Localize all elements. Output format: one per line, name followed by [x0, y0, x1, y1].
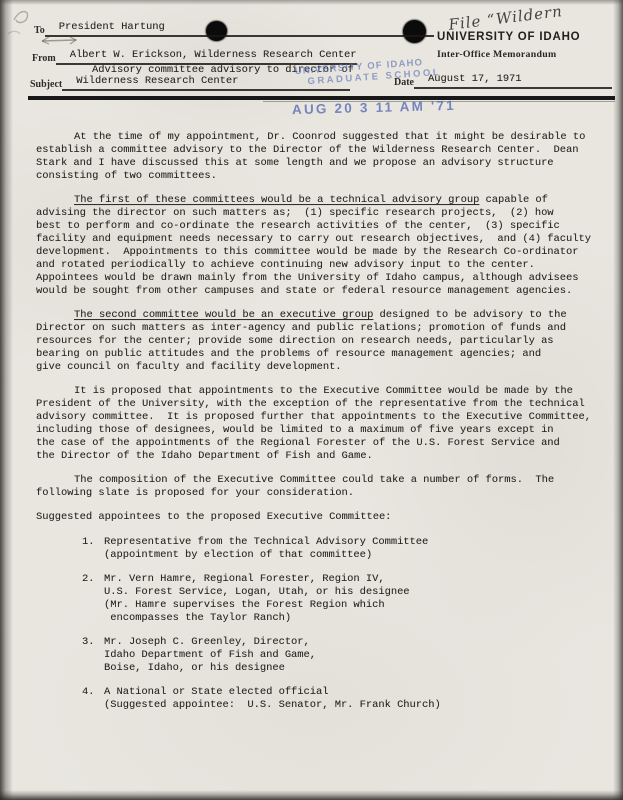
list-item-text: Representative from the Technical Adviso… — [104, 536, 615, 562]
org-name: UNIVERSITY OF IDAHO — [437, 31, 580, 43]
paragraph-text: At the time of my appointment, Dr. Coonr… — [36, 131, 585, 182]
paragraph-underline: The first of these committees would be a… — [74, 194, 479, 206]
scan-edge-left — [0, 0, 13, 800]
paragraph-text: The composition of the Executive Committ… — [36, 474, 554, 499]
list-item: 1. Representative from the Technical Adv… — [82, 536, 615, 562]
paragraph: The second committee would be an executi… — [36, 309, 615, 374]
memo-type-label: Inter-Office Memorandum — [437, 49, 556, 60]
list-item-number: 2. — [82, 573, 104, 625]
paragraph: It is proposed that appointments to the … — [36, 385, 615, 463]
subject-label: Subject — [30, 79, 62, 91]
memo-body: At the time of my appointment, Dr. Coonr… — [36, 131, 615, 723]
received-stamp-datetime: AUG 20 3 11 AM '71 — [292, 98, 456, 117]
paragraph: The first of these committees would be a… — [36, 194, 615, 298]
handwritten-note: File “Wildern — [448, 0, 623, 34]
list-item-text: Mr. Vern Hamre, Regional Forester, Regio… — [104, 573, 615, 625]
memo-page: File “Wildern UNIVERSITY OF IDAHO Inter-… — [0, 0, 623, 800]
pencil-scribble — [0, 0, 130, 60]
date-value: August 17, 1971 — [428, 73, 522, 85]
slate-heading: Suggested appointees to the proposed Exe… — [36, 511, 615, 524]
list-item-number: 4. — [82, 686, 104, 712]
paragraph-text: capable of advising the director on such… — [36, 194, 591, 297]
paragraph-underline: The second committee would be an executi… — [74, 309, 373, 321]
appointee-list: 1. Representative from the Technical Adv… — [82, 536, 615, 712]
list-item: 2. Mr. Vern Hamre, Regional Forester, Re… — [82, 573, 615, 625]
header-rule — [28, 96, 615, 100]
paragraph: At the time of my appointment, Dr. Coonr… — [36, 131, 615, 183]
list-item-text: Mr. Joseph C. Greenley, Director, Idaho … — [104, 636, 615, 675]
list-item-number: 1. — [82, 536, 104, 562]
list-item: 3. Mr. Joseph C. Greenley, Director, Ida… — [82, 636, 615, 675]
date-line: August 17, 1971 — [414, 68, 612, 89]
scan-edge-bottom — [0, 790, 623, 800]
paragraph-text: It is proposed that appointments to the … — [36, 385, 591, 462]
list-item: 4. A National or State elected official … — [82, 686, 615, 712]
list-item-text: A National or State elected official (Su… — [104, 686, 615, 712]
list-item-number: 3. — [82, 636, 104, 675]
subject-value: Wilderness Research Center — [76, 75, 238, 87]
paragraph: The composition of the Executive Committ… — [36, 474, 615, 500]
